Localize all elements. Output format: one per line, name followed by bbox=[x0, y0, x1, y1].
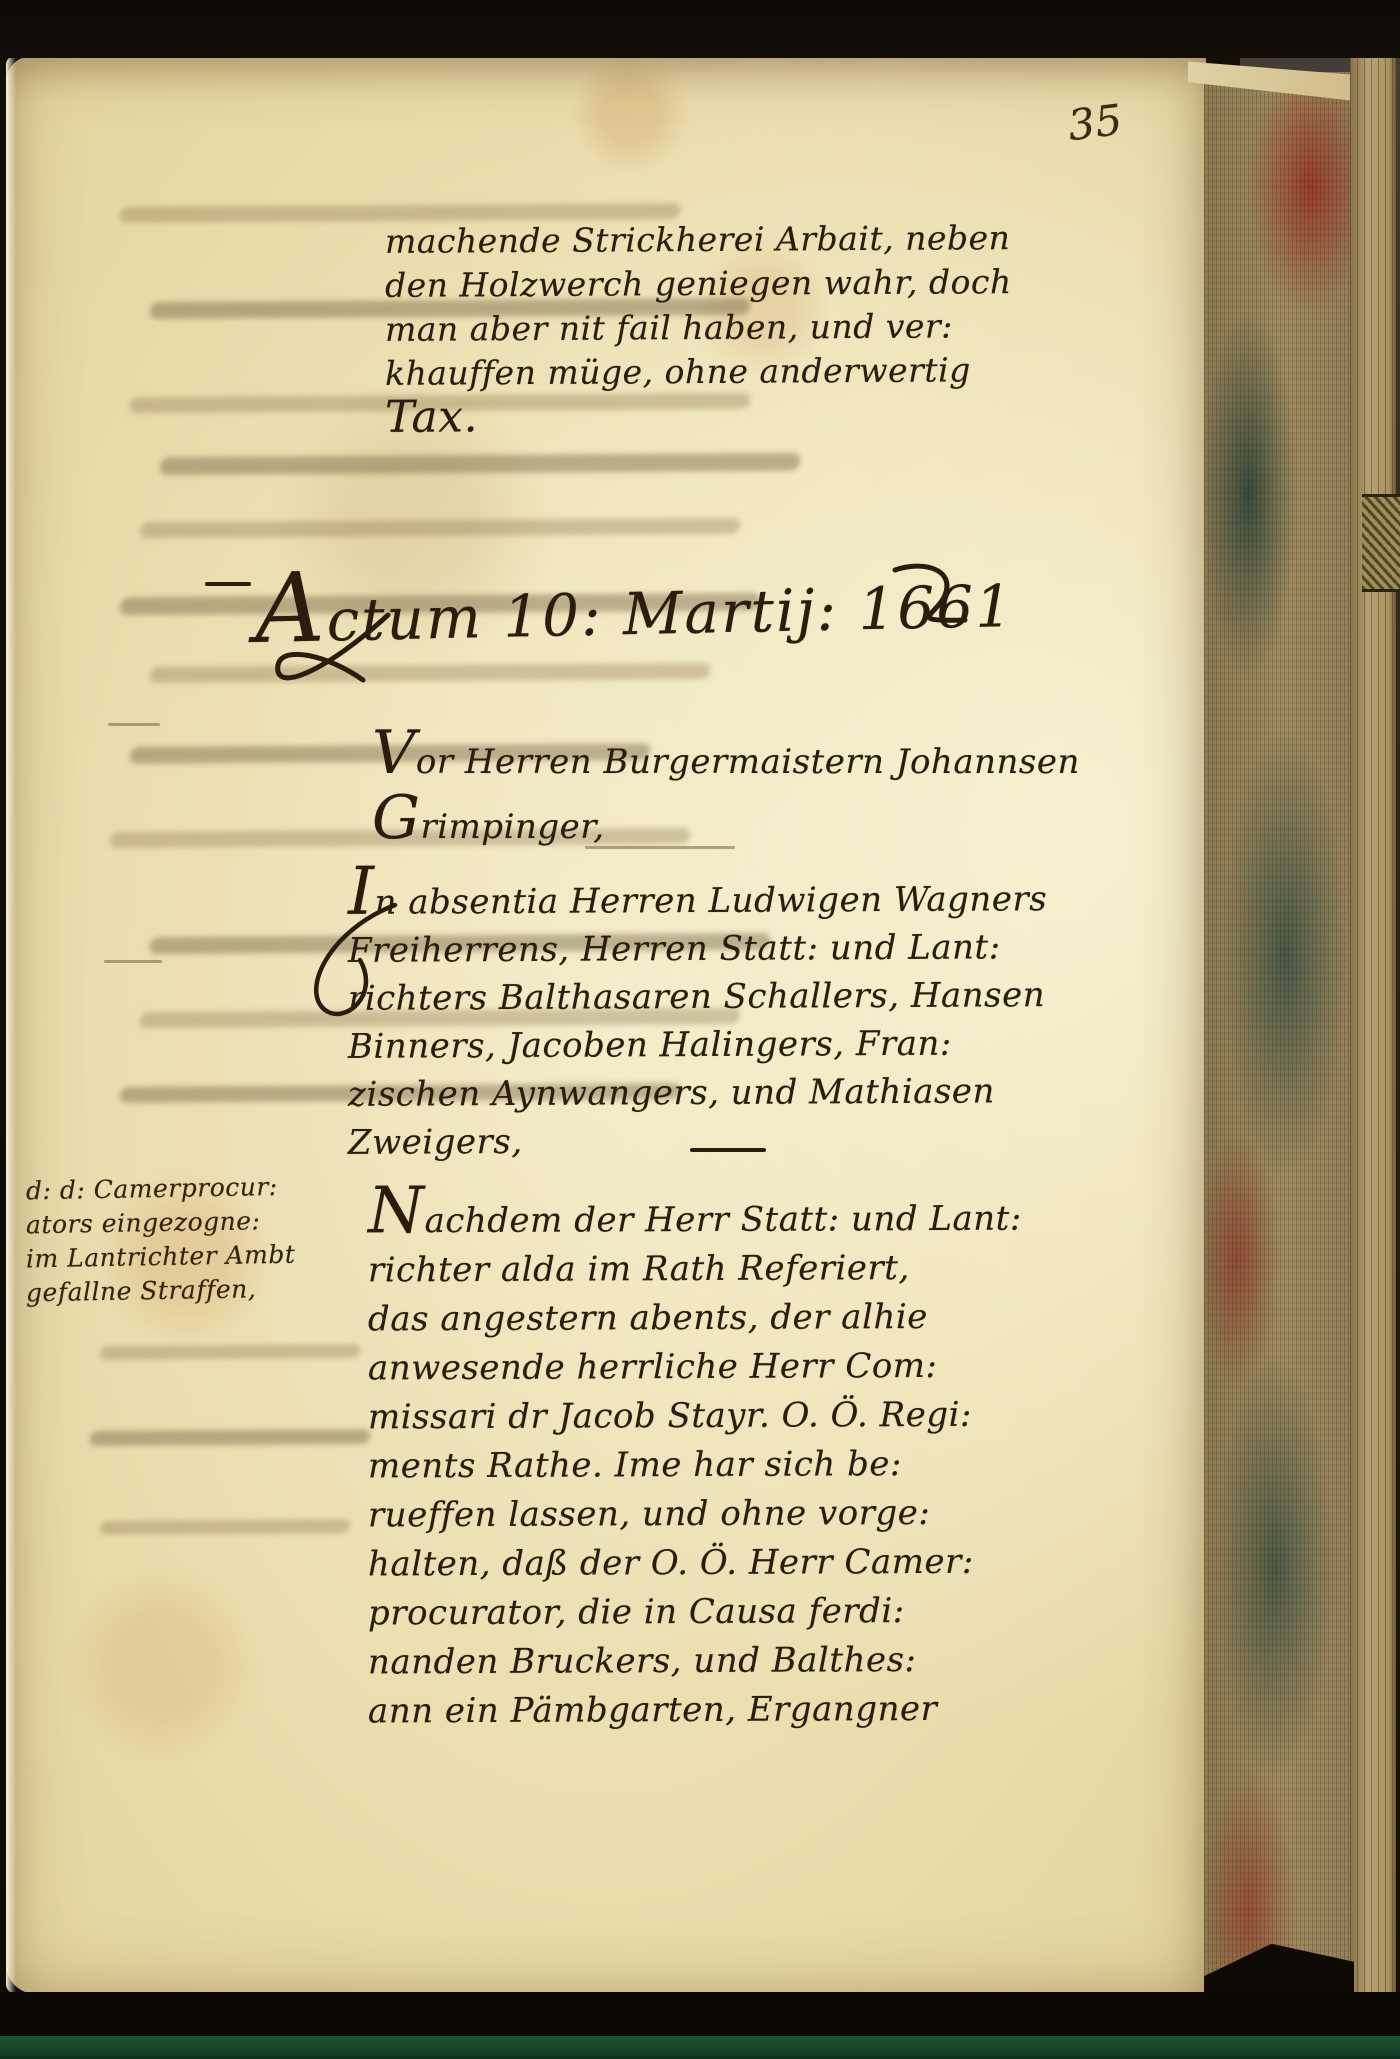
text-line: anwesende herrliche Herr Com: bbox=[368, 1342, 1022, 1394]
text-line: richters Balthasaren Schallers, Hansen bbox=[348, 971, 1047, 1023]
text-line: gefallne Straffen, bbox=[26, 1272, 296, 1311]
text-line: das angestern abents, der alhie bbox=[368, 1293, 1022, 1345]
book-fore-edge bbox=[1204, 72, 1352, 1988]
heading-tail-flourish bbox=[885, 560, 975, 630]
bleedthrough-smudge bbox=[89, 1429, 371, 1446]
text-line: Binners, Jacoben Halingers, Fran: bbox=[348, 1019, 1047, 1071]
section-dash bbox=[690, 1148, 766, 1152]
initial-flourish bbox=[268, 610, 418, 700]
text-line: d: d: Camerprocur: bbox=[26, 1170, 296, 1209]
clasp-tie bbox=[1362, 494, 1400, 592]
text-line: zischen Aynwangers, und Mathiasen bbox=[348, 1067, 1047, 1119]
text-line: halten, daß der O. Ö. Herr Camer: bbox=[368, 1538, 1022, 1590]
text-line: den Holzwerch geniegen wahr, doch bbox=[385, 260, 1012, 308]
page-left-edge bbox=[6, 56, 16, 1994]
book-cover-edge bbox=[1350, 58, 1396, 1994]
page-number: 35 bbox=[1065, 95, 1125, 150]
text-line: nanden Bruckers, und Balthes: bbox=[368, 1636, 1022, 1688]
text-line: machende Strickherei Arbait, neben bbox=[385, 216, 1012, 264]
text-line: man aber nit fail haben, und ver: bbox=[385, 304, 1012, 352]
bleedthrough-smudge bbox=[99, 1344, 361, 1360]
text-line: khauffen müge, ohne anderwertig bbox=[385, 348, 1012, 396]
initial-flourish bbox=[300, 900, 430, 1040]
text-line: ators eingezogne: bbox=[26, 1204, 296, 1243]
text-line: Vor Herren Burgermaistern Johannsen bbox=[372, 725, 1080, 790]
text-line: procurator, die in Causa ferdi: bbox=[368, 1587, 1022, 1639]
margin-note: d: d: Camerprocur: ators eingezogne: im … bbox=[26, 1172, 295, 1308]
text-line: richter alda im Rath Referiert, bbox=[368, 1244, 1022, 1296]
text-line: Zweigers, bbox=[348, 1115, 1047, 1167]
text-line: Tax. bbox=[385, 392, 1012, 440]
scan-border-bottom bbox=[0, 1992, 1400, 2040]
text-line: Freiherrens, Herren Statt: und Lant: bbox=[348, 923, 1047, 975]
presiding-paragraph: Vor Herren Burgermaistern Johannsen Grim… bbox=[372, 725, 1080, 855]
manuscript-photo: 35 machende Strickherei Arbait, neben de… bbox=[0, 0, 1400, 2059]
text-line: Nachdem der Herr Statt: und Lant: bbox=[368, 1185, 1022, 1247]
margin-dash bbox=[104, 960, 162, 963]
body-paragraph: Nachdem der Herr Statt: und Lant: richte… bbox=[368, 1186, 1022, 1735]
text-line: In absentia Herren Ludwigen Wagners bbox=[348, 864, 1047, 927]
absentia-paragraph: In absentia Herren Ludwigen Wagners Frei… bbox=[348, 866, 1047, 1165]
table-surface bbox=[0, 2036, 1400, 2059]
text-line: ann ein Pämbgarten, Ergangner bbox=[368, 1685, 1022, 1737]
text-line: ments Rathe. Ime har sich be: bbox=[368, 1440, 1022, 1492]
text-line: rueffen lassen, und ohne vorge: bbox=[368, 1489, 1022, 1541]
margin-dash bbox=[205, 582, 251, 586]
bleedthrough-smudge bbox=[99, 1519, 351, 1535]
text-line: im Lantrichter Ambt bbox=[26, 1238, 296, 1277]
underline-dash bbox=[585, 846, 735, 849]
opening-paragraph: machende Strickherei Arbait, neben den H… bbox=[385, 218, 1012, 438]
margin-dash bbox=[108, 723, 160, 726]
scan-border-top bbox=[0, 0, 1400, 58]
text-line: missari dr Jacob Stayr. O. Ö. Regi: bbox=[368, 1391, 1022, 1443]
